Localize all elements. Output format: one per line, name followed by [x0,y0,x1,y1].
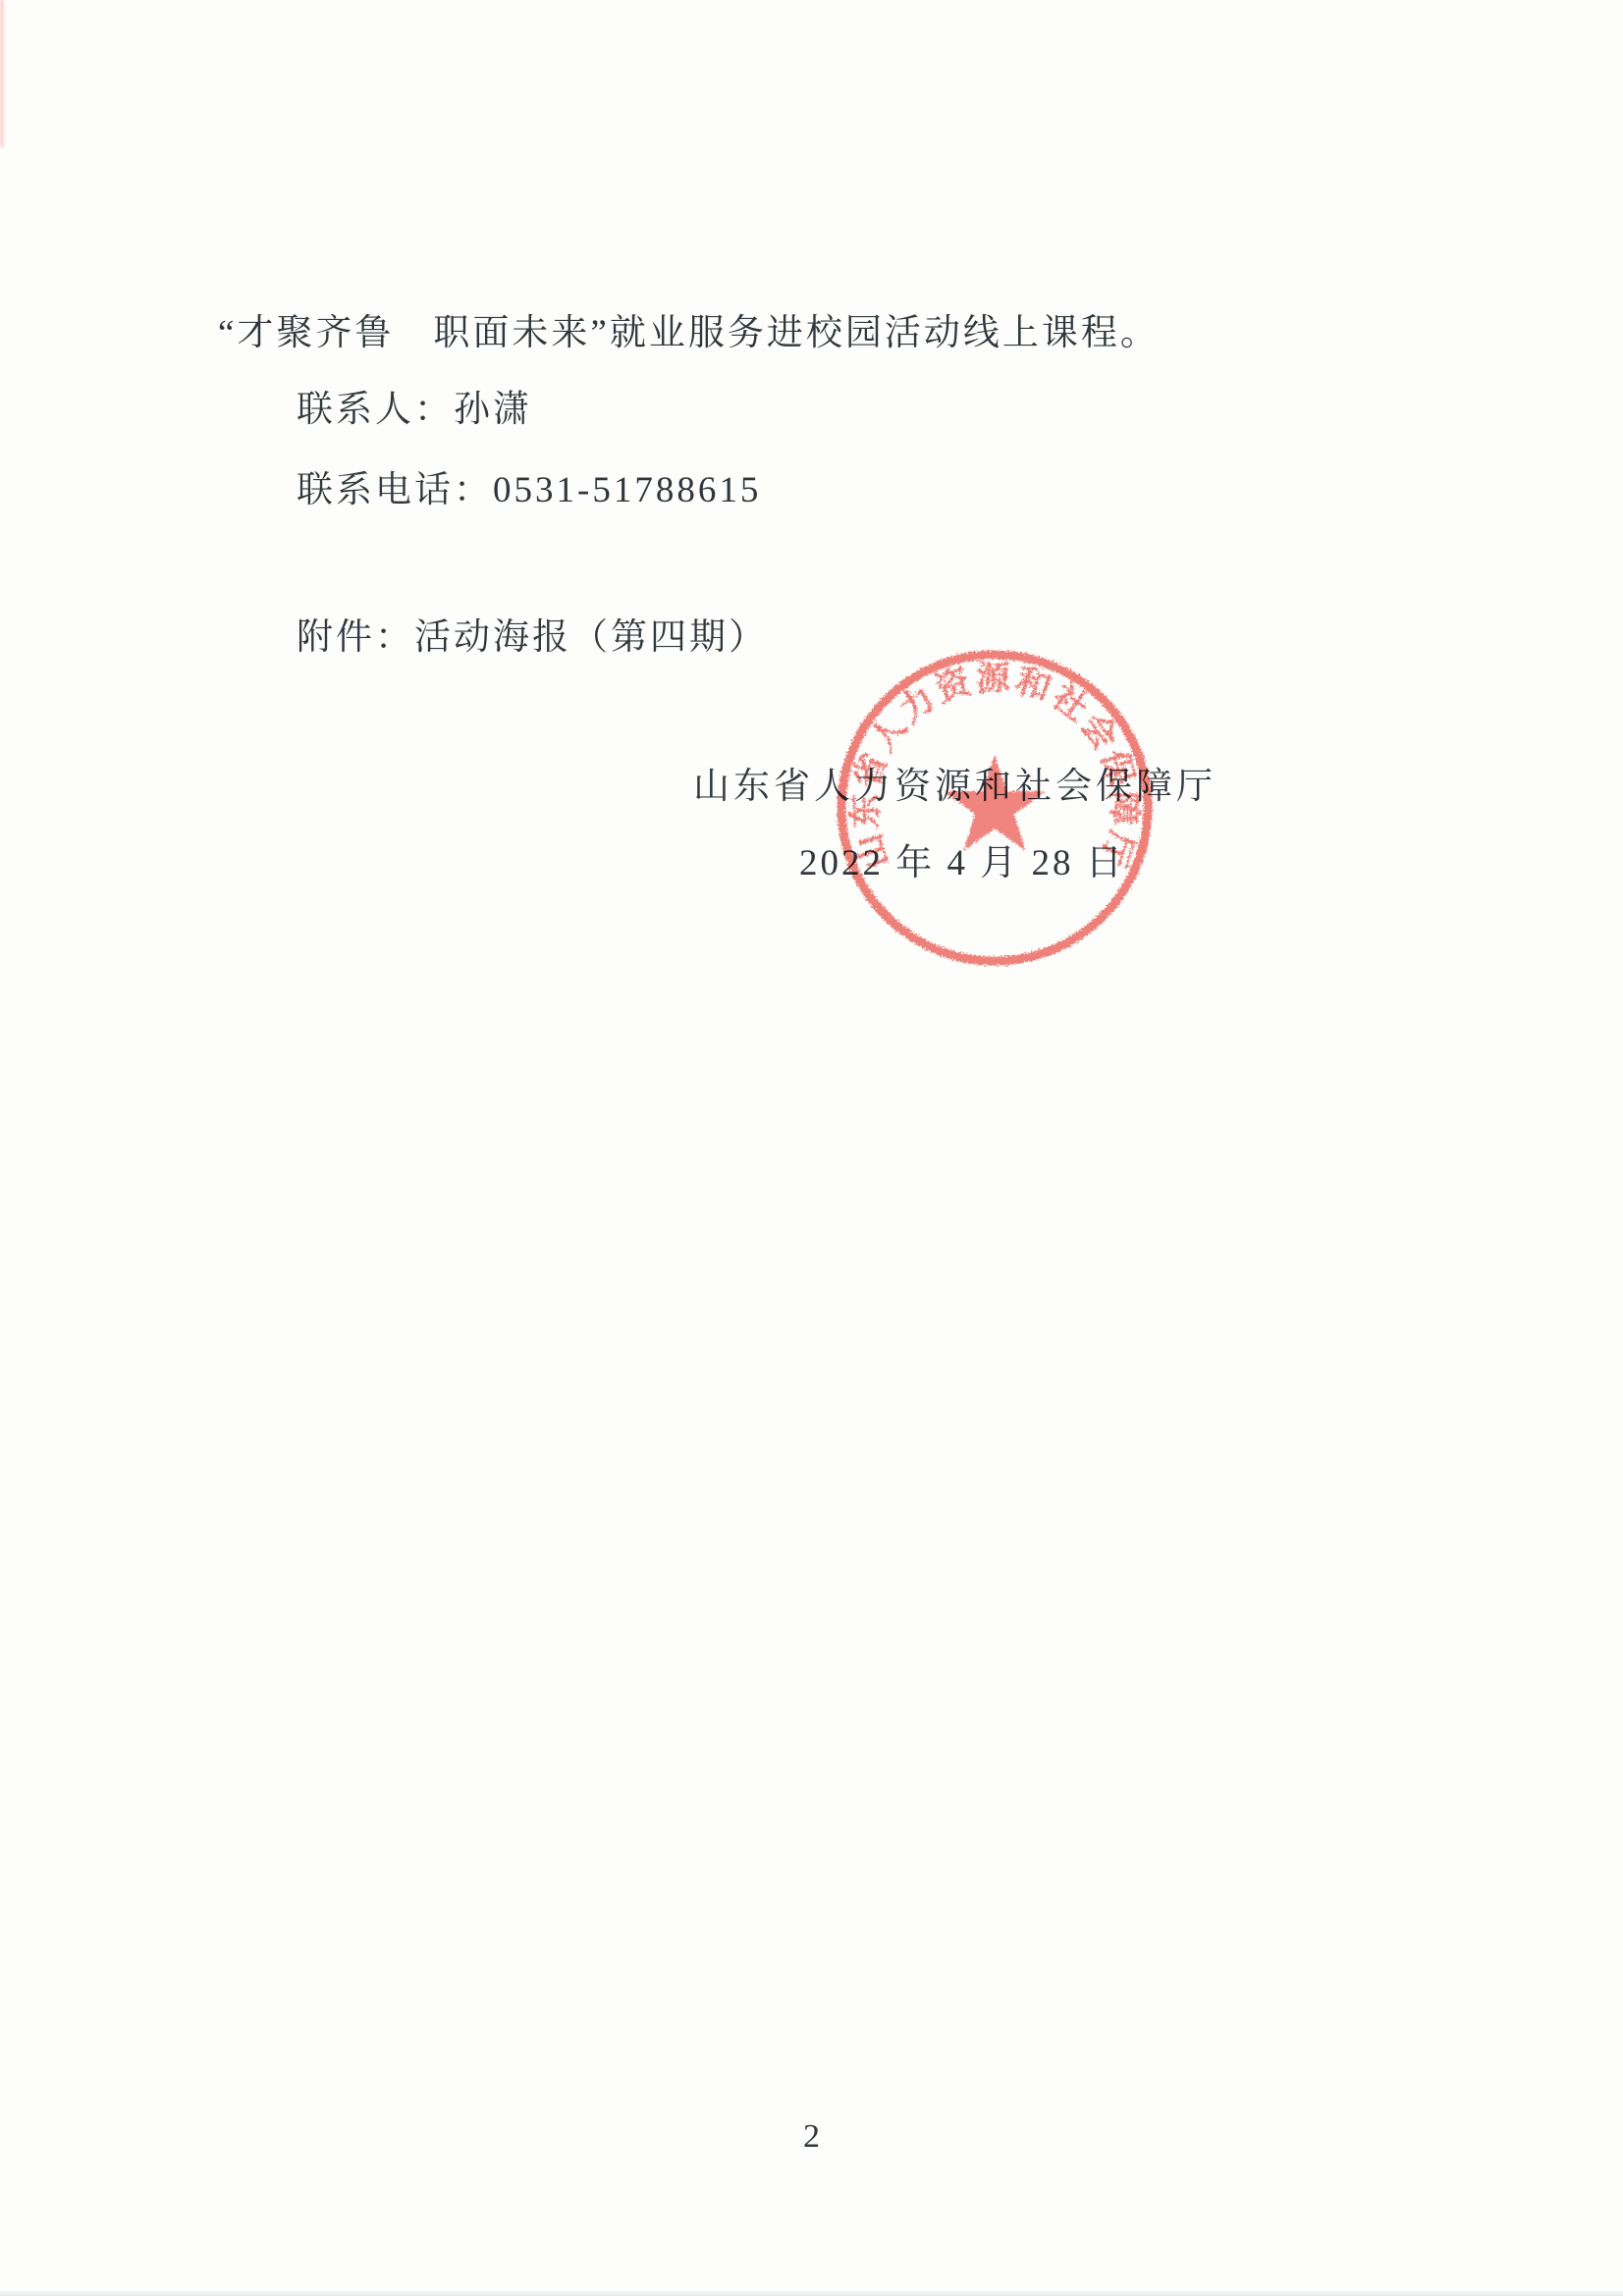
seal-star-icon [945,755,1046,851]
body-paragraph-tail: “才聚齐鲁 职面未来”就业服务进校园活动线上课程。 [218,315,1160,351]
contact-phone-line: 联系电话：0531-51788615 [297,472,761,508]
scan-artifact-bottom-edge [0,2290,1623,2296]
document-page: “才聚齐鲁 职面未来”就业服务进校园活动线上课程。 联系人：孙潇 联系电话：05… [0,0,1623,2296]
contact-person-line: 联系人：孙潇 [297,392,532,428]
scan-artifact-left-edge [0,0,4,147]
official-seal: 山东省人力资源和社会保障厅 [828,641,1162,975]
page-number: 2 [0,2120,1623,2154]
attachment-line: 附件：活动海报（第四期） [297,619,768,656]
